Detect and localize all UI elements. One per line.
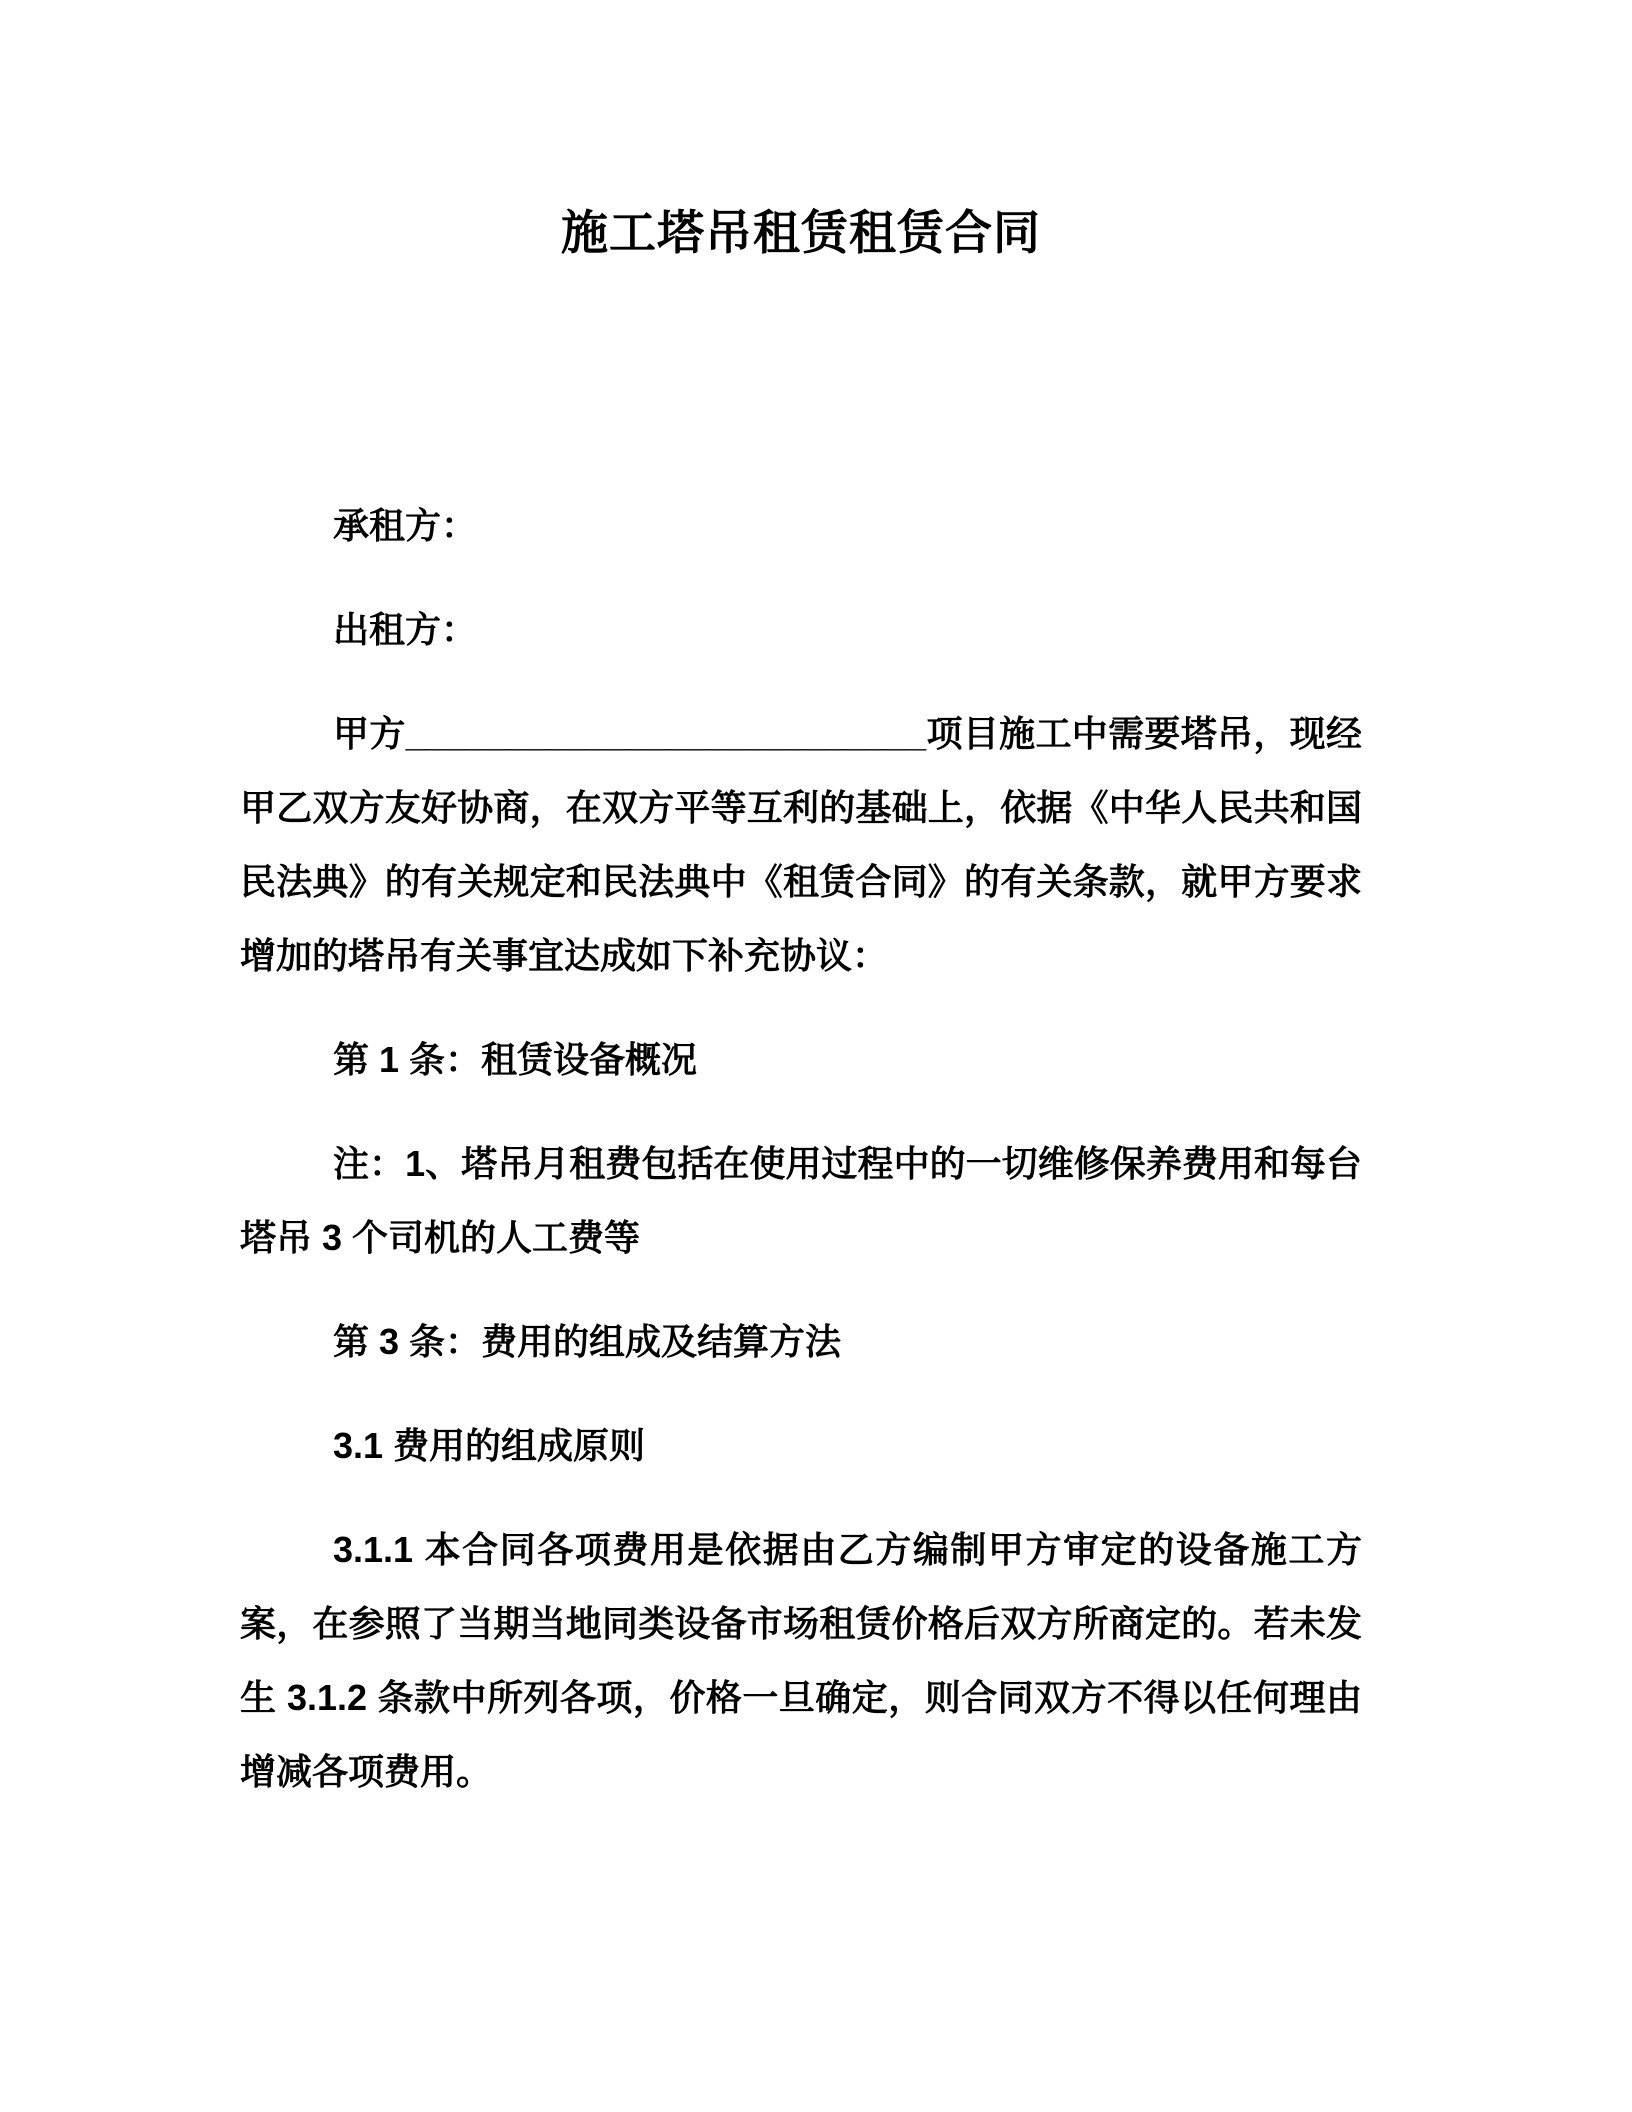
document-page: 施工塔吊租赁租赁合同 承租方： 出租方： 甲方_________________… (0, 0, 1632, 2112)
document-title: 施工塔吊租赁租赁合同 (240, 205, 1362, 261)
heading-article-3: 第 3 条：费用的组成及结算方法 (240, 1305, 1362, 1379)
paragraph-intro: 甲方__________________________项目施工中需要塔吊，现经… (240, 697, 1362, 993)
paragraph-lessor: 出租方： (240, 593, 1362, 667)
heading-article-1: 第 1 条：租赁设备概况 (240, 1023, 1362, 1097)
paragraph-note-1: 注：1、塔吊月租费包括在使用过程中的一切维修保养费用和每台塔吊 3 个司机的人工… (240, 1127, 1362, 1275)
paragraph-clause-3-1-1: 3.1.1 本合同各项费用是依据由乙方编制甲方审定的设备施工方案，在参照了当期当… (240, 1513, 1362, 1809)
heading-section-3-1: 3.1 费用的组成原则 (240, 1409, 1362, 1483)
paragraph-lessee: 承租方： (240, 489, 1362, 563)
